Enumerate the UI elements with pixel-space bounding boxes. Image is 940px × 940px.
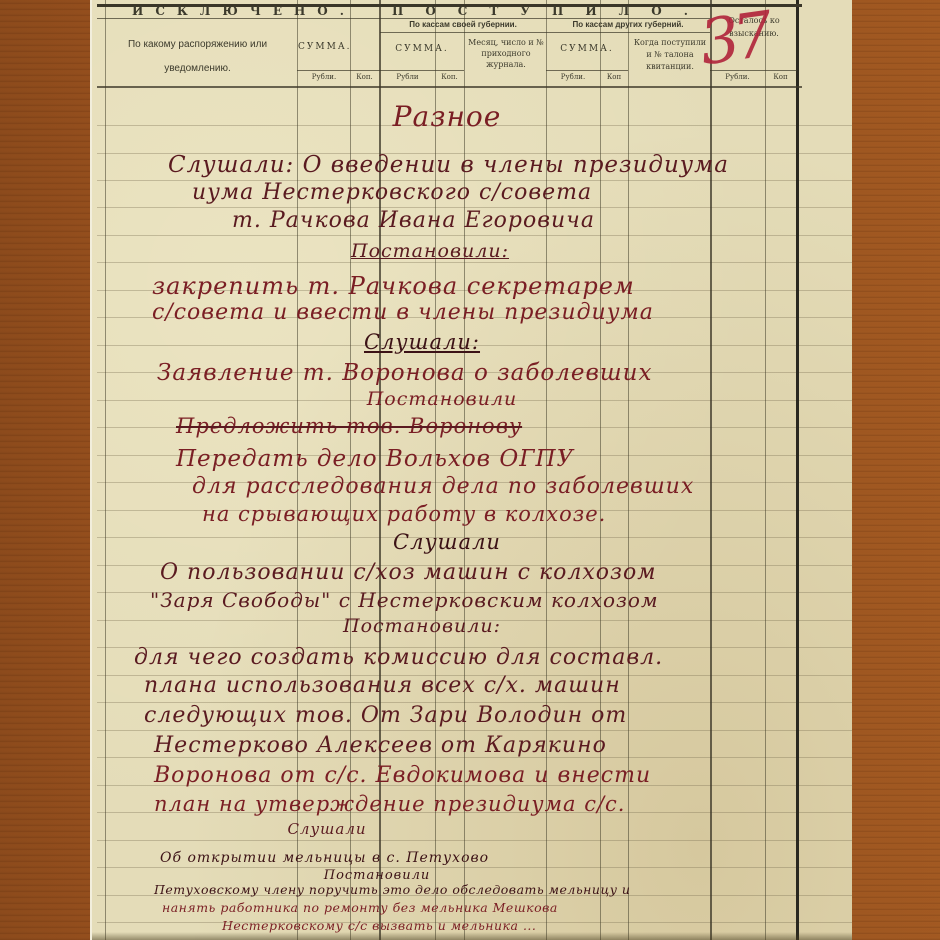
- minutes-line: Петуховскому члену поручить это дело обс…: [154, 882, 630, 897]
- minutes-line: Воронова от с/с. Евдокимова и внести: [154, 763, 651, 788]
- header-rule: [546, 70, 628, 71]
- header-bottom-rule: [97, 86, 802, 88]
- minutes-line: на срывающих работу в колхозе.: [202, 502, 606, 526]
- ruling-line: [97, 867, 852, 868]
- ruling-line: [97, 840, 852, 841]
- minutes-line: закрепить т. Рачкова секретарем: [152, 272, 635, 300]
- right-border-line: [796, 0, 799, 940]
- resolution-heading: Постановили:: [351, 240, 509, 262]
- header-own-rub: Рубли: [380, 73, 435, 81]
- resolution-heading: Постановили: [324, 868, 431, 883]
- resolution-heading: Постановили:: [343, 615, 501, 637]
- minutes-line: для расследования дела по заболевших: [192, 474, 694, 499]
- header-order-column: По какому распоряжению или уведомлению.: [100, 33, 295, 81]
- header-other-provinces: По кассам других губерний.: [546, 20, 710, 29]
- minutes-line: т. Рачкова Ивана Егоровича: [232, 208, 595, 233]
- header-own-province: По кассам своей губернии.: [380, 20, 546, 29]
- folio-number: 37: [695, 0, 771, 79]
- ruling-line: [97, 262, 852, 263]
- section-heading: Разное: [393, 100, 502, 133]
- column-line: [105, 0, 106, 940]
- header-journal-column: Месяц, число и № приходного журнала.: [466, 37, 546, 70]
- header-excluded-rub: Рубли.: [298, 73, 350, 81]
- heard-heading: Слушали:: [364, 330, 480, 354]
- minutes-line: для чего создать комиссию для составл.: [134, 645, 663, 670]
- minutes-line: иума Нестерковского с/совета: [192, 180, 592, 205]
- header-other-kop: Коп: [600, 73, 628, 81]
- column-line: [765, 0, 766, 940]
- minutes-line: Передать дело Вольхов ОГПУ: [176, 446, 574, 472]
- header-remaining-kop: Коп: [765, 73, 796, 81]
- minutes-line: Заявление т. Воронова о заболевших: [157, 360, 652, 386]
- header-rule: [97, 18, 380, 19]
- heard-heading: Слушали: [393, 530, 501, 554]
- minutes-line: следующих тов. От Зари Володин от: [144, 703, 627, 728]
- ruling-line: [97, 730, 852, 731]
- header-other-sum: СУММА.: [546, 44, 628, 54]
- minutes-line: "Заря Свободы" с Нестерковским колхозом: [150, 588, 659, 612]
- minutes-line: план на утверждение президиума с/с.: [154, 792, 625, 816]
- minutes-line: О пользовании с/хоз машин с колхозом: [160, 560, 657, 585]
- header-rule: [380, 18, 710, 19]
- struck-line: Предложить тов. Воронову: [176, 414, 522, 438]
- header-excluded-title: ИСКЛЮЧЕНО.: [132, 4, 352, 18]
- ruling-line: [97, 235, 852, 236]
- minutes-line: Об открытии мельницы в с. Петухово: [160, 850, 489, 866]
- header-excluded-sum: СУММА.: [298, 42, 350, 52]
- minutes-line: плана использования всех с/х. машин: [144, 673, 621, 698]
- ledger-page: ИСКЛЮЧЕНО. По какому распоряжению или ув…: [90, 0, 852, 940]
- header-other-rub: Рубли.: [546, 73, 600, 81]
- header-excluded-kop: Коп.: [350, 73, 379, 81]
- minutes-line: Нестерково Алексеев от Карякино: [154, 733, 607, 758]
- header-rule: [297, 70, 380, 71]
- header-rule: [380, 70, 464, 71]
- heard-heading: Слушали: [287, 820, 366, 838]
- column-line: [710, 0, 712, 940]
- header-rule: [380, 32, 710, 33]
- page-bottom-shadow: [92, 932, 852, 940]
- header-receipt-column: Когда поступили и № талона квитанции.: [630, 37, 710, 73]
- minutes-line: Слушали: О введении в члены президиума: [168, 152, 729, 178]
- header-received-title: ПОСТУПИЛО.: [392, 4, 692, 18]
- header-own-kop: Коп.: [435, 73, 464, 81]
- resolution-heading: Постановили: [367, 388, 518, 410]
- minutes-line: нанять работника по ремонту без мельника…: [162, 900, 558, 915]
- minutes-line: с/совета и ввести в члены президиума: [152, 300, 654, 325]
- header-own-sum: СУММА.: [380, 44, 464, 54]
- column-line: [628, 0, 629, 940]
- minutes-line: Нестерковскому с/с вызвать и мельника ..…: [222, 918, 536, 933]
